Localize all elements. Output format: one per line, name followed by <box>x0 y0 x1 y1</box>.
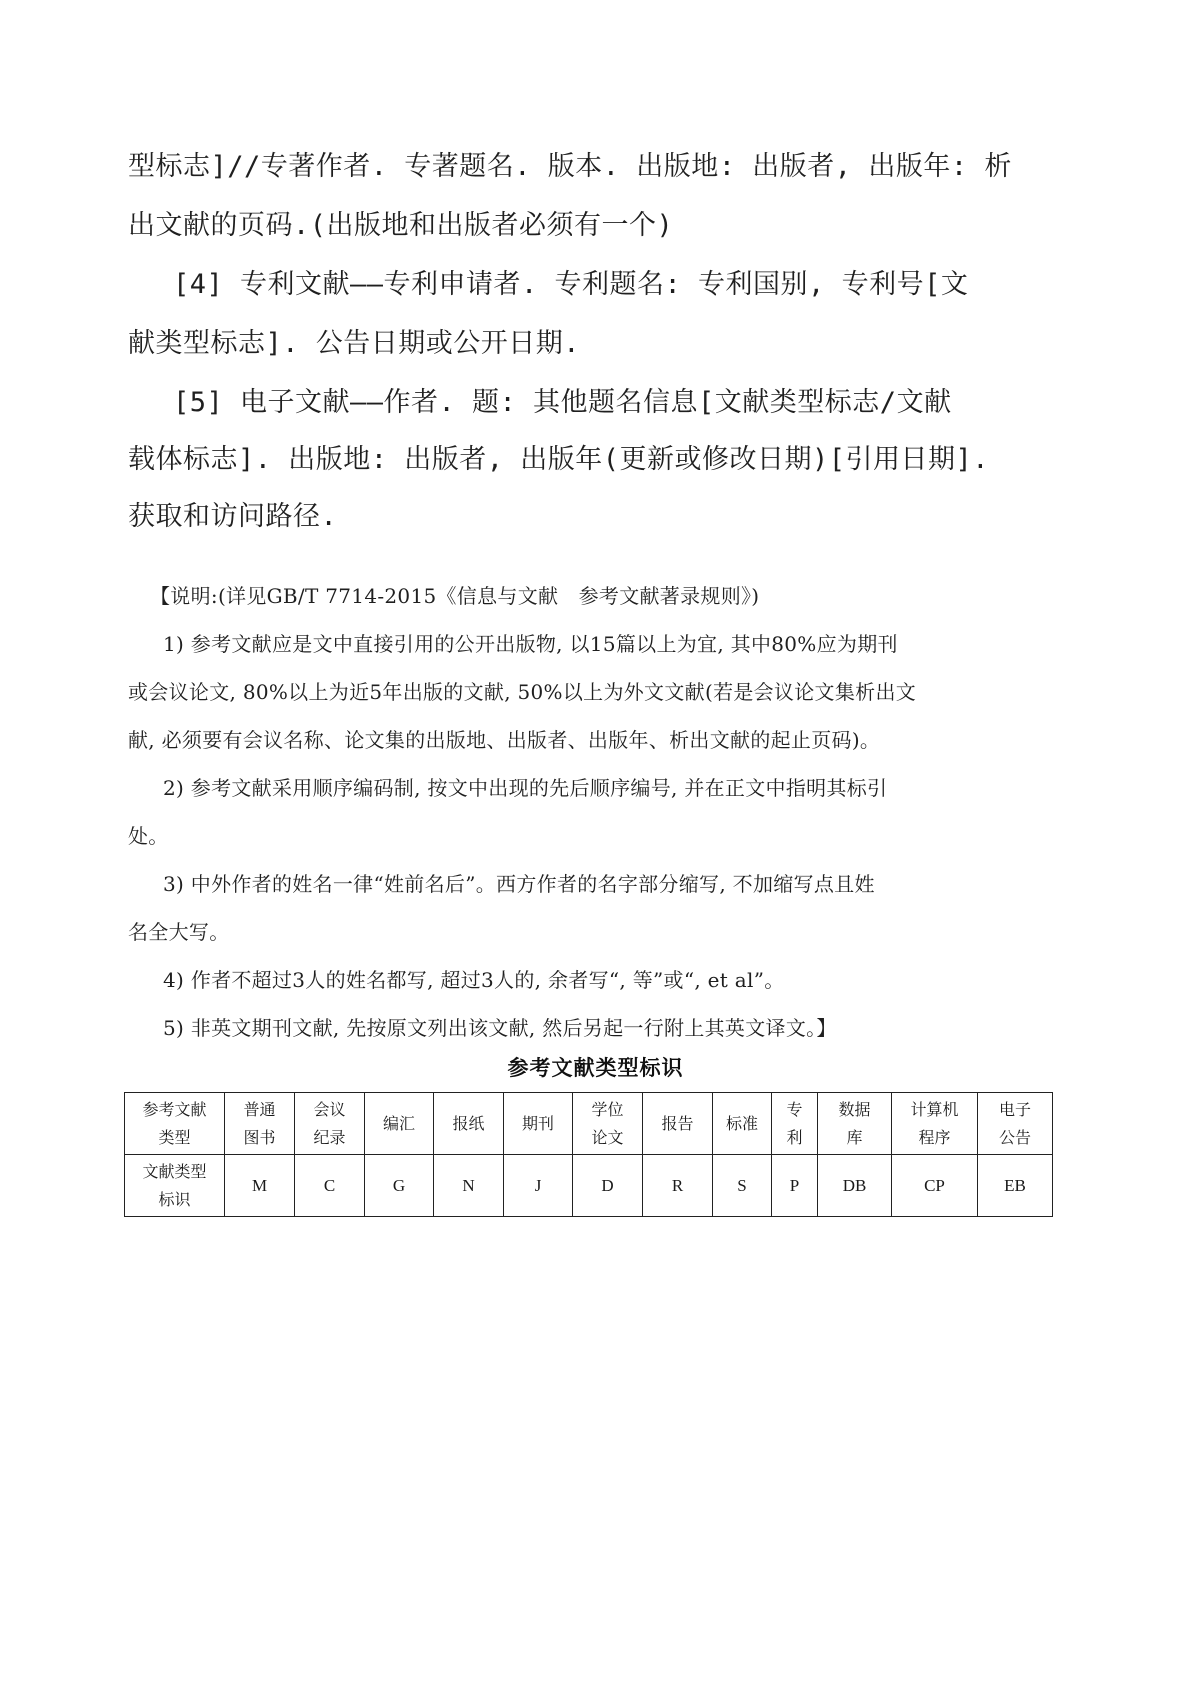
reference-type-table: 参考文献 类型 普通 图书 会议 纪录 编汇 报纸 期刊 学位 论文 <box>124 1092 1053 1217</box>
note-3-line-2: 名全大写。 <box>128 919 230 945</box>
type-cell-line: 会议 <box>297 1096 362 1124</box>
type-cell-report: 报告 <box>643 1093 713 1155</box>
code-cell-DB: DB <box>818 1155 892 1217</box>
type-cell-line: 编汇 <box>367 1110 431 1138</box>
row-header-type-line-2: 类型 <box>127 1124 222 1152</box>
type-cell-compilation: 编汇 <box>365 1093 434 1155</box>
code-cell-J: J <box>504 1155 573 1217</box>
type-cell-line: 专 <box>774 1096 815 1124</box>
code-cell-D: D <box>573 1155 643 1217</box>
row-header-code: 文献类型 标识 <box>125 1155 225 1217</box>
type-cell-database: 数据 库 <box>818 1093 892 1155</box>
notes-header: 【说明:(详见GB/T 7714-2015《信息与文献 参考文献著录规则》) <box>150 583 759 609</box>
code-cell-S: S <box>713 1155 772 1217</box>
type-cell-line: 公告 <box>980 1124 1050 1152</box>
type-cell-line: 库 <box>820 1124 889 1152</box>
row-header-code-line-1: 文献类型 <box>127 1158 222 1186</box>
row-header-type: 参考文献 类型 <box>125 1093 225 1155</box>
type-cell-line: 数据 <box>820 1096 889 1124</box>
code-cell-EB: EB <box>978 1155 1053 1217</box>
type-cell-line: 期刊 <box>506 1110 570 1138</box>
note-4: 4) 作者不超过3人的姓名都写, 超过3人的, 余者写“, 等”或“, et a… <box>163 967 785 993</box>
note-1-line-3: 献, 必须要有会议名称、论文集的出版地、出版者、出版年、析出文献的起止页码)。 <box>128 727 880 753</box>
patent-format-line-2: 献类型标志]. 公告日期或公开日期. <box>128 327 580 361</box>
body-line-2: 出文献的页码.(出版地和出版者必须有一个) <box>128 209 673 243</box>
electronic-format-line-2: 载体标志]. 出版地: 出版者, 出版年(更新或修改日期)[引用日期]. <box>128 443 1060 477</box>
electronic-format-line-1: [5] 电子文献——作者. 题: 其他题名信息[文献类型标志/文献 <box>173 386 1060 420</box>
code-cell-C: C <box>295 1155 365 1217</box>
type-cell-conference: 会议 纪录 <box>295 1093 365 1155</box>
type-cell-newspaper: 报纸 <box>434 1093 504 1155</box>
type-cell-line: 电子 <box>980 1096 1050 1124</box>
code-cell-M: M <box>225 1155 295 1217</box>
type-cell-line: 图书 <box>227 1124 292 1152</box>
document-page: 型标志]//专著作者. 专著题名. 版本. 出版地: 出版者, 出版年: 析 出… <box>0 0 1191 1683</box>
type-cell-line: 普通 <box>227 1096 292 1124</box>
note-2-line-1: 2) 参考文献采用顺序编码制, 按文中出现的先后顺序编号, 并在正文中指明其标引 <box>163 775 887 801</box>
type-cell-journal: 期刊 <box>504 1093 573 1155</box>
type-cell-line: 论文 <box>575 1124 640 1152</box>
note-1-line-1: 1) 参考文献应是文中直接引用的公开出版物, 以15篇以上为宜, 其中80%应为… <box>163 631 898 657</box>
type-cell-patent: 专 利 <box>772 1093 818 1155</box>
row-header-type-line-1: 参考文献 <box>127 1096 222 1124</box>
type-cell-book: 普通 图书 <box>225 1093 295 1155</box>
type-cell-line: 报告 <box>645 1110 710 1138</box>
type-cell-line: 报纸 <box>436 1110 501 1138</box>
type-cell-line: 标准 <box>715 1110 769 1138</box>
code-cell-N: N <box>434 1155 504 1217</box>
type-cell-line: 计算机 <box>894 1096 975 1124</box>
code-row: 文献类型 标识 M C G N J D R S P DB CP EB <box>125 1155 1053 1217</box>
type-cell-standard: 标准 <box>713 1093 772 1155</box>
row-header-code-line-2: 标识 <box>127 1186 222 1214</box>
table-title: 参考文献类型标识 <box>0 1052 1191 1082</box>
code-cell-G: G <box>365 1155 434 1217</box>
type-row: 参考文献 类型 普通 图书 会议 纪录 编汇 报纸 期刊 学位 论文 <box>125 1093 1053 1155</box>
electronic-format-line-3: 获取和访问路径. <box>128 500 337 534</box>
note-1-line-2: 或会议论文, 80%以上为近5年出版的文献, 50%以上为外文文献(若是会议论文… <box>128 679 916 705</box>
note-5: 5) 非英文期刊文献, 先按原文列出该文献, 然后另起一行附上其英文译文。】 <box>163 1015 837 1041</box>
patent-format-line-1: [4] 专利文献——专利申请者. 专利题名: 专利国别, 专利号[文 <box>173 268 1060 302</box>
type-cell-thesis: 学位 论文 <box>573 1093 643 1155</box>
type-cell-computer-program: 计算机 程序 <box>892 1093 978 1155</box>
note-3-line-1: 3) 中外作者的姓名一律“姓前名后”。西方作者的名字部分缩写, 不加缩写点且姓 <box>163 871 875 897</box>
code-cell-R: R <box>643 1155 713 1217</box>
type-cell-line: 纪录 <box>297 1124 362 1152</box>
code-cell-P: P <box>772 1155 818 1217</box>
type-cell-line: 程序 <box>894 1124 975 1152</box>
body-line-1: 型标志]//专著作者. 专著题名. 版本. 出版地: 出版者, 出版年: 析 <box>128 150 1060 184</box>
type-cell-line: 学位 <box>575 1096 640 1124</box>
type-cell-electronic-bulletin: 电子 公告 <box>978 1093 1053 1155</box>
type-cell-line: 利 <box>774 1124 815 1152</box>
code-cell-CP: CP <box>892 1155 978 1217</box>
note-2-line-2: 处。 <box>128 823 169 849</box>
